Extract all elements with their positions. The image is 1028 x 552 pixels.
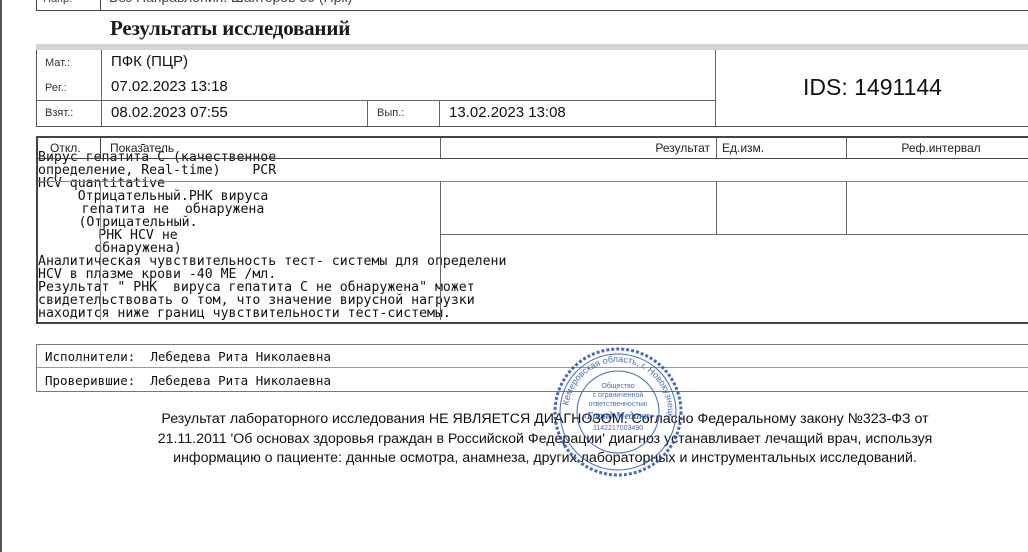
referral-value: Без Направления. Шахтеров 50 (Прк) [109, 0, 352, 5]
taken-label: Взят.: [45, 107, 73, 119]
page-title: Результаты исследований [110, 16, 350, 41]
disclaimer-line: 21.11.2011 'Об основах здоровья граждан … [40, 430, 1028, 450]
material-value: ПФК (ПЦР) [111, 53, 188, 70]
verified-by: Проверившие: Лебедева Рита Николаевна [45, 373, 331, 388]
col-deviation: Откл. [50, 141, 81, 155]
result-comment: Аналитическая чувствительность тест- сис… [38, 255, 1028, 320]
disclaimer-line: Результат лабораторного исследования НЕ … [40, 410, 1028, 430]
disclaimer-line: информацию о пациенте: данные осмотра, а… [40, 449, 1028, 469]
stamp-org-name: «Гранд Медика» [582, 411, 654, 422]
col-result: Результат [440, 141, 710, 155]
executors: Исполнители: Лебедева Рита Николаевна [45, 349, 331, 364]
stamp-line: Общество [601, 382, 634, 390]
disclaimer: Результат лабораторного исследования НЕ … [40, 410, 1028, 469]
referral-label: Напр. [37, 0, 101, 10]
col-reference: Реф.интервал [846, 141, 1028, 155]
col-indicator: Показатель [110, 141, 174, 155]
sample-info-table: Мат.: ПФК (ПЦР) Рег.: 07.02.2023 13:18 В… [36, 50, 1028, 127]
referral-row: Напр. Без Направления. Шахтеров 50 (Прк) [36, 0, 1028, 11]
results-table: Откл. Показатель Результат Ед.изм. Реф.и… [36, 136, 1028, 324]
completed-value: 13.02.2023 13:08 [449, 104, 566, 121]
stamp-ogrn: 1142217003490 [593, 425, 643, 432]
material-label: Мат.: [45, 57, 70, 69]
taken-value: 08.02.2023 07:55 [111, 104, 228, 121]
performers-table: Исполнители: Лебедева Рита Николаевна Пр… [36, 344, 1028, 392]
completed-label: Вып.: [377, 107, 404, 119]
stamp-line: ответственностью [589, 401, 648, 408]
result-value: Отрицательный.РНК вируса гепатита не обн… [38, 190, 308, 216]
registered-value: 07.02.2023 13:18 [111, 78, 228, 95]
col-units: Ед.изм. [722, 141, 764, 155]
indicator-name: Вирус гепатита С (качественное определен… [38, 151, 1028, 190]
stamp-line: с ограниченной [593, 391, 644, 399]
page-edge [0, 0, 2, 552]
organization-stamp: Кемеровская область, г. Новокузнецк Обще… [552, 346, 684, 478]
registered-label: Рег.: [45, 82, 67, 94]
ids-number: IDS: 1491144 [803, 74, 942, 101]
reference-value: (Отрицательный. РНК HCV не обнаружена) [38, 216, 238, 255]
